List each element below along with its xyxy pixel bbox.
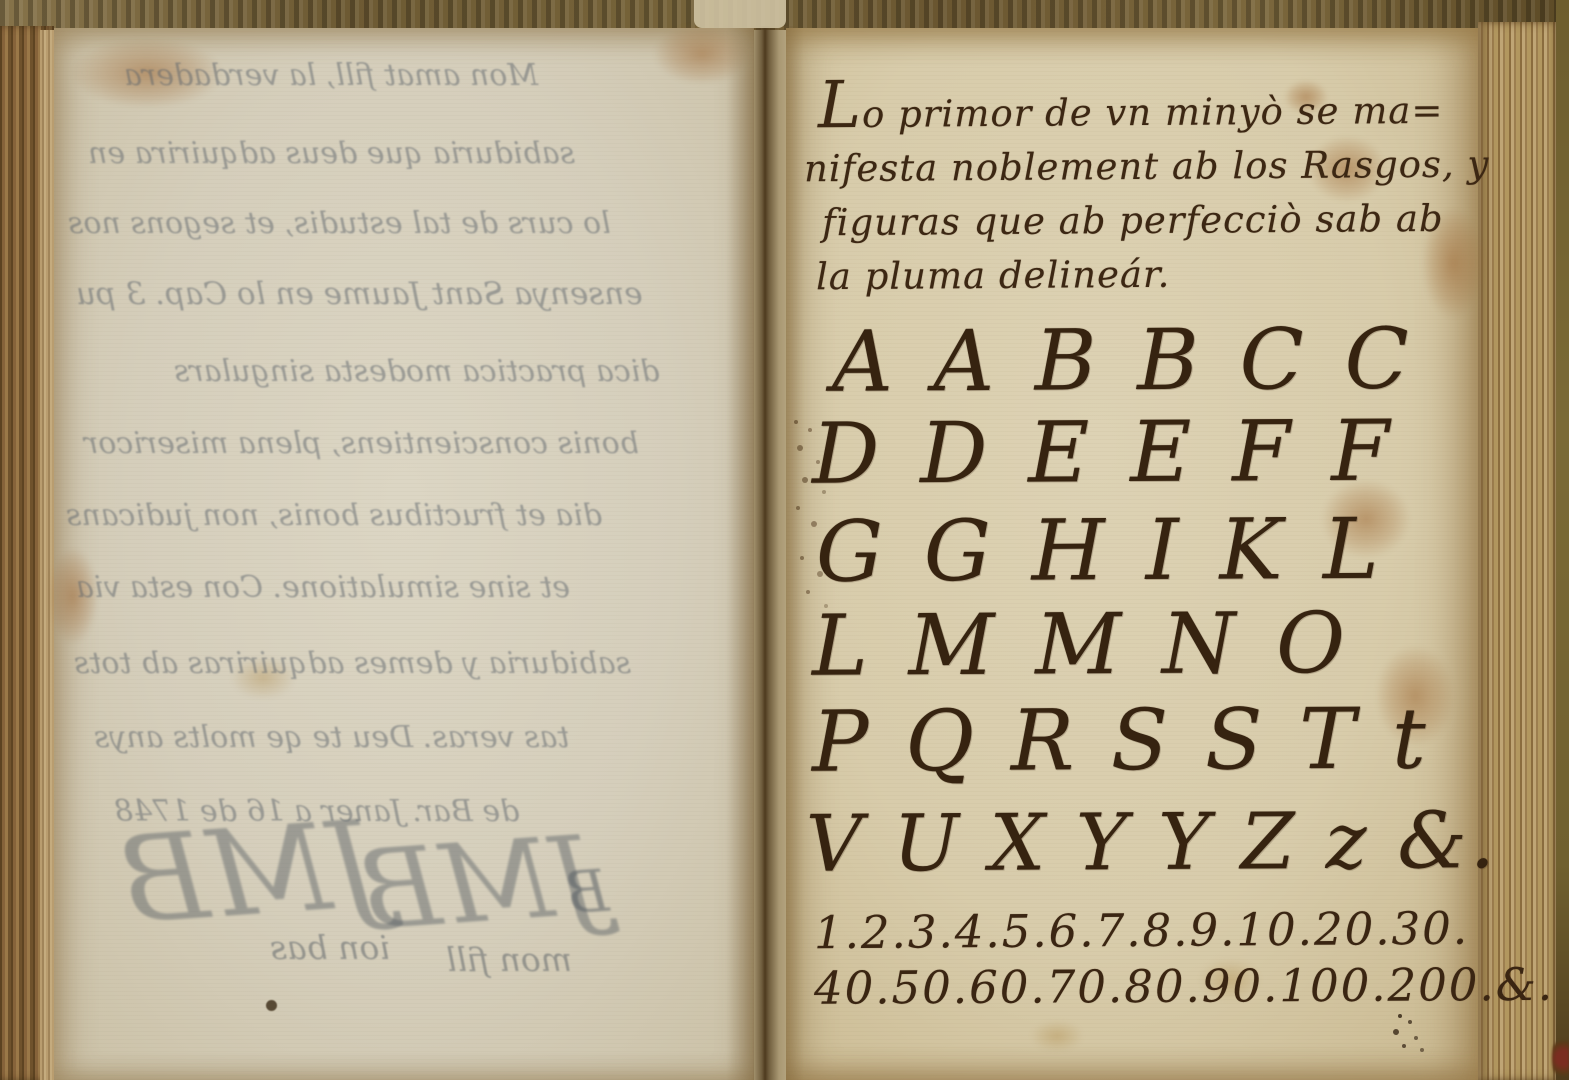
manuscript-paragraph: Lo primor de vn minyò se ma= nifesta nob… bbox=[818, 78, 1463, 302]
ink-spot bbox=[266, 1000, 277, 1011]
ghost-text-line: sabiduria que deus adquirira en bbox=[88, 136, 575, 171]
alphabet-row-vuxyz: V U X Y Y Z z &. bbox=[806, 802, 1466, 883]
manuscript-paragraph-line: la pluma delineár. bbox=[816, 246, 1463, 305]
ghost-text-line: sabiduria y demes adquiriras ab tots bbox=[74, 646, 631, 681]
numbers-line: 1.2.3.4.5.6.7.8.9.10.20.30. bbox=[814, 906, 1464, 956]
open-manuscript-book-photo: Mon amat fill, la verdadera sabiduria qu… bbox=[0, 0, 1569, 1080]
alphabet-row-ghikl: G G H I K L bbox=[816, 506, 1476, 593]
ghost-text-line: Mon amat fill, la verdadera bbox=[124, 58, 538, 93]
ghost-text-line: lo curs de tal estudis, et segons nos bbox=[68, 206, 611, 241]
ink-spatter bbox=[1398, 1014, 1402, 1018]
alphabet-row-pqrst: P Q R S S T t bbox=[812, 696, 1472, 783]
alphabet-row-lmno: L M M N O bbox=[812, 600, 1472, 687]
manuscript-paragraph-line: figuras que ab perfecciò sab ab bbox=[822, 192, 1463, 250]
ghost-text-line: et sine simulatione. Con esta via bbox=[76, 570, 570, 605]
manuscript-paragraph-line: Lo primor de vn minyò se ma= bbox=[818, 76, 1463, 143]
numbers-line: 40.50.60.70.80.90.100.200.&. bbox=[814, 962, 1464, 1010]
book-gutter bbox=[726, 26, 804, 1080]
book-cover-right-edge bbox=[1556, 0, 1569, 1080]
ghost-text-line: dia et fructibus bonis, non judicans bbox=[66, 498, 602, 533]
ghost-text-line: tas veras. Deu te qe molts anys bbox=[94, 720, 569, 755]
left-page: Mon amat fill, la verdadera sabiduria qu… bbox=[54, 28, 754, 1080]
ghost-text-line: ensenya Sant Jaume en lo Cap. 3 pu bbox=[76, 276, 643, 312]
cover-corner-marbling bbox=[1552, 1036, 1569, 1080]
ghost-text-line: bonis conscientiens, plena misericor bbox=[84, 426, 639, 461]
manuscript-paragraph-line: nifesta noblement ab los Rasgos, y bbox=[804, 138, 1463, 197]
paper-stain bbox=[1030, 1020, 1084, 1052]
ghost-monogram-flourish: JMB bbox=[117, 811, 383, 937]
alphabet-row-abc: A A B B C C bbox=[832, 316, 1492, 403]
ghost-footer-text: mon fill bbox=[446, 940, 572, 979]
right-page-stack-edges bbox=[1478, 22, 1558, 1080]
alphabet-row-def: D D E E F F bbox=[812, 408, 1472, 495]
right-page: Lo primor de vn minyò se ma= nifesta nob… bbox=[786, 28, 1478, 1080]
ghost-footer-text: ion bas bbox=[270, 928, 390, 967]
gutter-paper-tab bbox=[694, 0, 786, 28]
ghost-text-line: dica practica modesta singulars bbox=[174, 354, 660, 389]
ghost-monogram-flourish: B bbox=[564, 865, 610, 920]
